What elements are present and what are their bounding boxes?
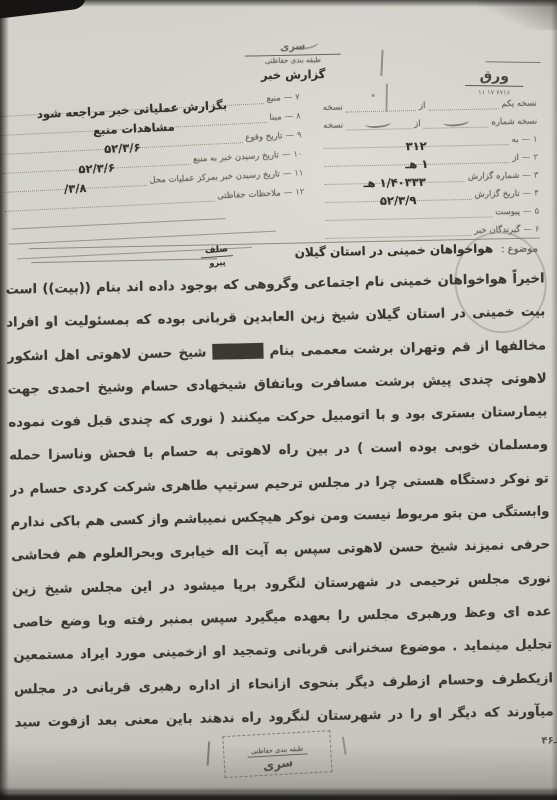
subject-label: موضوع :: [501, 244, 538, 256]
blank-leader: [346, 115, 411, 130]
copy-number-left: نسخه: [323, 121, 343, 131]
field-number: ۱۰: [293, 149, 303, 159]
photo-edge: [0, 0, 9, 800]
blank-leader: [346, 97, 416, 112]
pen-scribble: [442, 116, 469, 127]
copy-first-middle: از: [419, 101, 426, 111]
field-number: ۷: [295, 92, 300, 102]
report-body: اخیراً هواخواهان خمینی نام اجتماعی وگروه…: [5, 262, 554, 739]
field-number: ۸: [296, 111, 301, 121]
copy-number-middle: از: [414, 119, 421, 129]
blank-leader: [423, 114, 488, 129]
corner-note-word: ورق: [466, 68, 524, 87]
field-leader: [325, 222, 471, 239]
corner-note-line: [486, 61, 541, 63]
file-mark-top: صلف: [201, 244, 233, 258]
field-label: از: [512, 153, 519, 163]
copy-first-left: نسخه: [323, 103, 343, 113]
field-label: مبنا: [269, 112, 282, 123]
scanned-report-photo: سری طبقه بندی حفاظتی گزارش خبر ورق ۱۱ ۱۷…: [0, 0, 557, 800]
field-number: ۶: [535, 224, 540, 234]
field-number: ۲: [533, 153, 538, 163]
field-label: ملاحظات حفاظتی: [217, 188, 281, 201]
blank-leader: [428, 95, 498, 110]
field-number: ۴: [534, 189, 539, 199]
form-title: گزارش خبر: [245, 67, 341, 83]
photo-edge: [551, 0, 557, 800]
photo-shadow: [0, 744, 557, 792]
file-mark-bottom: پیرو: [195, 257, 240, 269]
header-fields-right: نسخه یکم از نسخه نسخه شماره از نسخه ۱— ب…: [323, 91, 540, 239]
photo-edge: [0, 787, 557, 800]
field-number: ۹: [297, 130, 302, 140]
field-number: ۱۱: [294, 168, 304, 178]
file-mark: صلف پیرو: [194, 244, 239, 269]
pen-scribble: [365, 118, 392, 129]
header-fields-left: ۷— منبع بگزارش عملیاتی خبر مراجعه شود ۸—…: [0, 83, 307, 259]
pen-stroke: [380, 50, 383, 76]
separator-rule: [31, 258, 217, 263]
field-number: ۳: [534, 171, 539, 181]
field-label: به: [511, 135, 518, 145]
field-number: ۱: [533, 135, 538, 145]
field-number: ۱۲: [295, 187, 305, 197]
field-label: پیوست: [495, 207, 520, 218]
report-page: سری طبقه بندی حفاظتی گزارش خبر ورق ۱۱ ۱۷…: [0, 0, 557, 800]
field-number: ۵: [534, 207, 539, 217]
